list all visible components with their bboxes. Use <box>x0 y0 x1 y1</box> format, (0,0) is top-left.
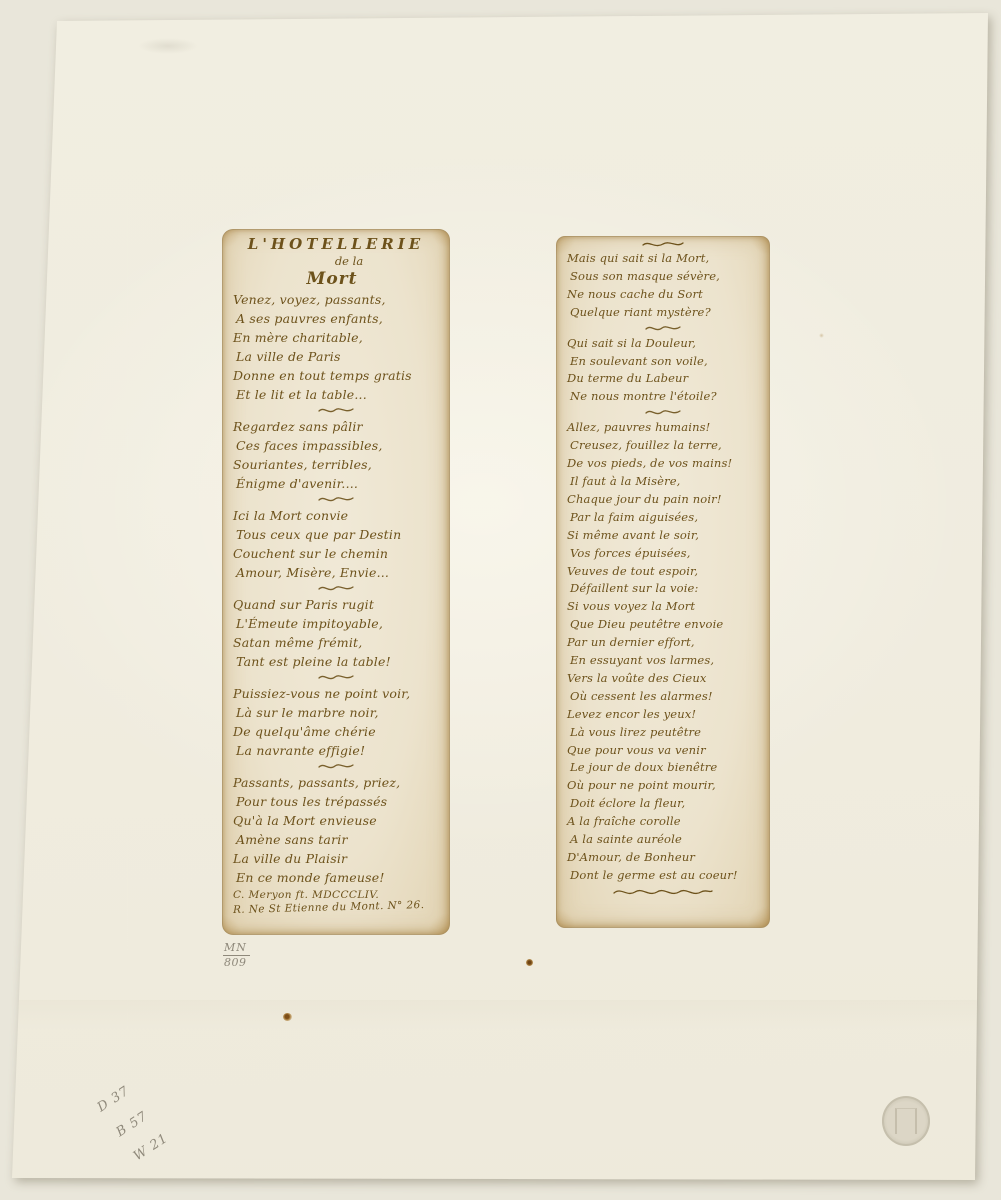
verse-line: Ne nous cache du Sort <box>567 286 759 304</box>
inventory-value: 809 <box>223 956 263 969</box>
stanza-separator-flourish-icon <box>317 406 355 415</box>
verse-line: La navrante effigie! <box>236 741 439 760</box>
verse-line: Chaque jour du pain noir! <box>567 491 759 509</box>
verse-line: En mère charitable, <box>233 328 439 347</box>
stanza: Venez, voyez, passants,A ses pauvres enf… <box>233 290 439 404</box>
foxing-spot <box>283 1013 292 1021</box>
verse-line: Mais qui sait si la Mort, <box>567 250 759 268</box>
verse-line: Énigme d'avenir.... <box>236 474 439 493</box>
verse-line: Là vous lirez peutêtre <box>570 724 759 742</box>
stanza-separator-flourish-icon <box>317 673 355 682</box>
stanza: Ici la Mort convieTous ceux que par Dest… <box>233 506 439 582</box>
top-flourish-icon <box>641 240 685 249</box>
verse-line: Que Dieu peutêtre envoie <box>570 616 759 634</box>
verse-line: Qui sait si la Douleur, <box>567 335 759 353</box>
verse-line: Regardez sans pâlir <box>233 417 439 436</box>
artwork-scan: L'HOTELLERIE de la Mort Venez, voyez, pa… <box>0 0 1001 1200</box>
verse-line: Satan même frémit, <box>233 633 439 652</box>
verse-line: Là sur le marbre noir, <box>236 703 439 722</box>
stanza-separator-flourish-icon <box>644 324 682 333</box>
title-line-2: de la <box>259 255 439 268</box>
verse-line: Ici la Mort convie <box>233 506 439 525</box>
verse-line: Il faut à la Misère, <box>570 473 759 491</box>
verse-line: Amour, Misère, Envie... <box>236 563 439 582</box>
verse-line: A la fraîche corolle <box>567 813 759 831</box>
stanza: Passants, passants, priez,Pour tous les … <box>233 773 439 887</box>
title-line-1: L'HOTELLERIE <box>233 234 439 255</box>
inventory-prefix: MN <box>223 941 250 956</box>
plate-right-content: Mais qui sait si la Mort,Sous son masque… <box>567 239 759 925</box>
verse-line: Par un dernier effort, <box>567 634 759 652</box>
verse-line: Qu'à la Mort envieuse <box>233 811 439 830</box>
verse-line: Quelque riant mystère? <box>570 304 759 322</box>
verse-line: Si même avant le soir, <box>567 527 759 545</box>
verse-line: Couchent sur le chemin <box>233 544 439 563</box>
verse-line: Pour tous les trépassés <box>236 792 439 811</box>
verse-line: A ses pauvres enfants, <box>236 309 439 328</box>
verse-line: L'Émeute impitoyable, <box>236 614 439 633</box>
stanza: Mais qui sait si la Mort,Sous son masque… <box>567 250 759 322</box>
verse-line: Où pour ne point mourir, <box>567 777 759 795</box>
smudge <box>138 38 198 54</box>
verse-line: Quand sur Paris rugit <box>233 595 439 614</box>
poem-right: Mais qui sait si la Mort,Sous son masque… <box>567 250 759 885</box>
plate-title: L'HOTELLERIE de la Mort <box>233 234 439 290</box>
verse-line: Donne en tout temps gratis <box>233 366 439 385</box>
signature-block: C. Meryon ft. MDCCCLIV. R. Ne St Etienne… <box>233 888 439 918</box>
verse-line: Vos forces épuisées, <box>570 545 759 563</box>
verse-line: En soulevant son voile, <box>570 353 759 371</box>
verse-line: Doit éclore la fleur, <box>570 795 759 813</box>
stanza: Puissiez-vous ne point voir,Là sur le ma… <box>233 684 439 760</box>
verse-line: Que pour vous va venir <box>567 742 759 760</box>
verse-line: Creusez, fouillez la terre, <box>570 437 759 455</box>
verse-line: Veuves de tout espoir, <box>567 563 759 581</box>
foxing-spot <box>819 333 824 338</box>
verse-line: Allez, pauvres humains! <box>567 419 759 437</box>
verse-line: En ce monde fameuse! <box>236 868 439 887</box>
etched-plate-left: L'HOTELLERIE de la Mort Venez, voyez, pa… <box>222 229 450 935</box>
verse-line: Le jour de doux bienêtre <box>570 759 759 777</box>
paper-sheet <box>0 0 1001 1200</box>
stanza: Qui sait si la Douleur,En soulevant son … <box>567 335 759 407</box>
title-line-3: Mort <box>225 268 439 290</box>
paper-sheet-shadow <box>0 0 1001 1200</box>
verse-line: De quelqu'âme chérie <box>233 722 439 741</box>
bottom-flourish-icon <box>611 886 715 898</box>
plate-left-content: L'HOTELLERIE de la Mort Venez, voyez, pa… <box>233 232 439 932</box>
verse-line: Tous ceux que par Destin <box>236 525 439 544</box>
verse-line: Ne nous montre l'étoile? <box>570 388 759 406</box>
verse-line: Et le lit et la table... <box>236 385 439 404</box>
verse-line: Où cessent les alarmes! <box>570 688 759 706</box>
verse-line: La ville de Paris <box>236 347 439 366</box>
verse-line: En essuyant vos larmes, <box>570 652 759 670</box>
stanza: Quand sur Paris rugitL'Émeute impitoyabl… <box>233 595 439 671</box>
foxing-spot <box>526 959 533 966</box>
blind-stamp <box>882 1096 930 1146</box>
stanza: Allez, pauvres humains!Creusez, fouillez… <box>567 419 759 885</box>
verse-line: Défaillent sur la voie: <box>570 580 759 598</box>
verse-line: Du terme du Labeur <box>567 370 759 388</box>
verse-line: De vos pieds, de vos mains! <box>567 455 759 473</box>
stanza-separator-flourish-icon <box>317 495 355 504</box>
inventory-number: MN 809 <box>223 941 263 969</box>
verse-line: Ces faces impassibles, <box>236 436 439 455</box>
verse-line: Tant est pleine la table! <box>236 652 439 671</box>
poem-left: Venez, voyez, passants,A ses pauvres enf… <box>233 290 439 887</box>
stanza-separator-flourish-icon <box>317 584 355 593</box>
verse-line: D'Amour, de Bonheur <box>567 849 759 867</box>
stanza-separator-flourish-icon <box>644 408 682 417</box>
verse-line: A la sainte auréole <box>570 831 759 849</box>
etched-plate-right: Mais qui sait si la Mort,Sous son masque… <box>556 236 770 928</box>
verse-line: Puissiez-vous ne point voir, <box>233 684 439 703</box>
stanza-separator-flourish-icon <box>317 762 355 771</box>
verse-line: Sous son masque sévère, <box>570 268 759 286</box>
verse-line: Par la faim aiguisées, <box>570 509 759 527</box>
verse-line: Si vous voyez la Mort <box>567 598 759 616</box>
verse-line: Venez, voyez, passants, <box>233 290 439 309</box>
stanza: Regardez sans pâlirCes faces impassibles… <box>233 417 439 493</box>
verse-line: Passants, passants, priez, <box>233 773 439 792</box>
verse-line: Vers la voûte des Cieux <box>567 670 759 688</box>
verse-line: Dont le germe est au coeur! <box>570 867 759 885</box>
verse-line: Amène sans tarir <box>236 830 439 849</box>
verse-line: Souriantes, terribles, <box>233 455 439 474</box>
verse-line: La ville du Plaisir <box>233 849 439 868</box>
verse-line: Levez encor les yeux! <box>567 706 759 724</box>
